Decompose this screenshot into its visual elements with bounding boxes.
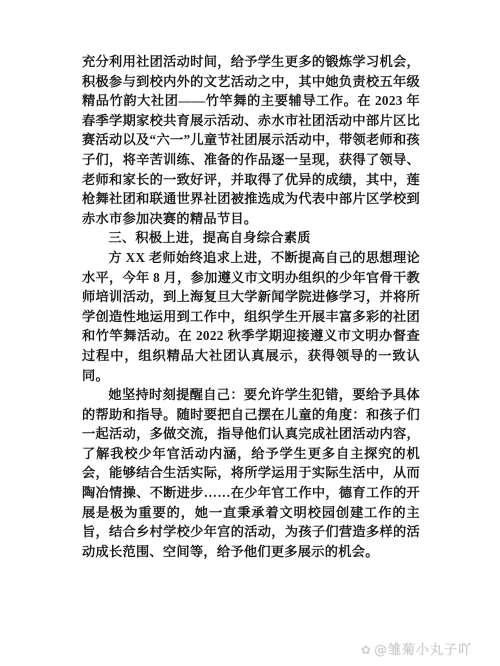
- watermark-flower-icon: ✿: [361, 643, 372, 657]
- watermark-text: @雏菊小丸子吖: [374, 643, 472, 658]
- section-heading: 三、积极上进，提高自身综合素质: [82, 228, 420, 248]
- paragraph: 方 XX 老师始终追求上进，不断提高自己的思想理论水平，今年 8 月，参加遵义市…: [82, 248, 420, 385]
- paragraph: 她坚持时刻提醒自己：要允许学生犯错，要给予具体的帮助和指导。随时要把自己摆在儿童…: [82, 385, 420, 561]
- watermark: ✿@雏菊小丸子吖: [361, 639, 472, 658]
- paragraph-continuation: 充分利用社团活动时间，给予学生更多的锻炼学习机会，积极参与到校内外的文艺活动之中…: [82, 52, 420, 228]
- document-body: 充分利用社团活动时间，给予学生更多的锻炼学习机会，积极参与到校内外的文艺活动之中…: [82, 52, 420, 561]
- document-page: 充分利用社团活动时间，给予学生更多的锻炼学习机会，积极参与到校内外的文艺活动之中…: [0, 0, 500, 666]
